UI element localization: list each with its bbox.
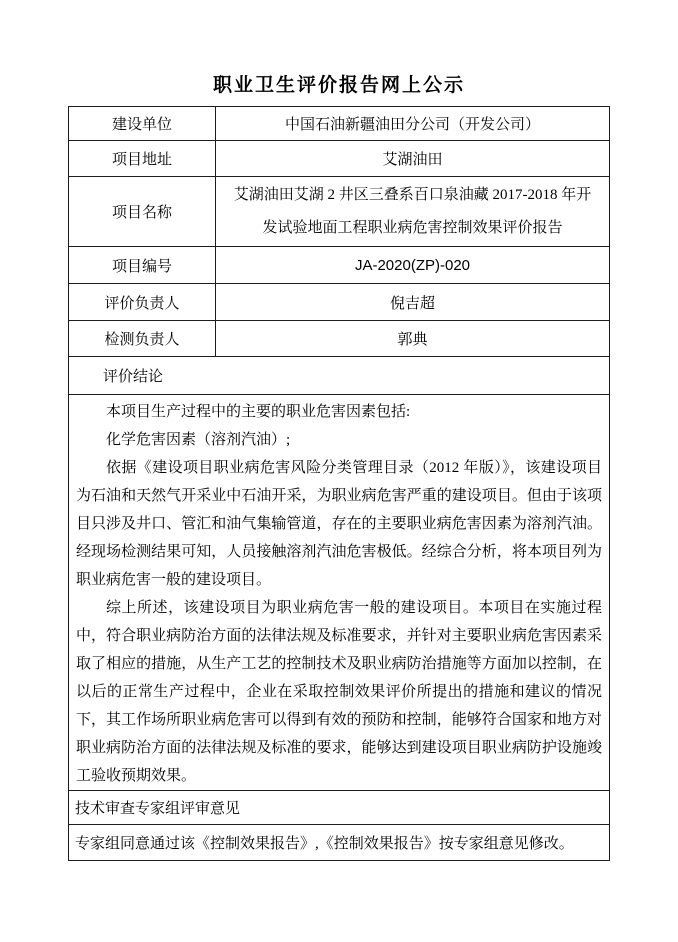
table-row-conclusion-body: 本项目生产过程中的主要的职业危害因素包括: 化学危害因素（溶剂汽油）; 依据《建… [69, 395, 610, 791]
conclusion-label: 评价结论 [69, 357, 610, 395]
table-row-project-number: 项目编号 JA-2020(ZP)-020 [69, 247, 610, 284]
review-label: 技术审查专家组评审意见 [69, 791, 610, 825]
table-row-project-address: 项目地址 艾湖油田 [69, 141, 610, 177]
table-row-project-name: 项目名称 艾湖油田艾湖 2 井区三叠系百口泉油藏 2017-2018 年开发试验… [69, 177, 610, 247]
project-name-label: 项目名称 [69, 177, 216, 247]
conclusion-paragraph-1: 本项目生产过程中的主要的职业危害因素包括: [76, 398, 602, 426]
page-title: 职业卫生评价报告网上公示 [0, 70, 678, 97]
review-opinion: 专家组同意通过该《控制效果报告》,《控制效果报告》按专家组意见修改。 [69, 825, 610, 861]
conclusion-paragraph-3: 依据《建设项目职业病危害风险分类管理目录（2012 年版）》，该建设项目为石油和… [76, 454, 602, 594]
project-address-label: 项目地址 [69, 141, 216, 177]
publicity-table: 建设单位 中国石油新疆油田分公司（开发公司） 项目地址 艾湖油田 项目名称 艾湖… [68, 106, 610, 861]
conclusion-body: 本项目生产过程中的主要的职业危害因素包括: 化学危害因素（溶剂汽油）; 依据《建… [69, 395, 610, 791]
table-row-construction-unit: 建设单位 中国石油新疆油田分公司（开发公司） [69, 107, 610, 141]
evaluation-leader-value: 倪吉超 [216, 284, 610, 321]
construction-unit-value: 中国石油新疆油田分公司（开发公司） [216, 107, 610, 141]
project-name-value: 艾湖油田艾湖 2 井区三叠系百口泉油藏 2017-2018 年开发试验地面工程职… [216, 177, 610, 247]
project-number-value: JA-2020(ZP)-020 [216, 247, 610, 284]
table-row-testing-leader: 检测负责人 郭典 [69, 321, 610, 357]
evaluation-leader-label: 评价负责人 [69, 284, 216, 321]
table-row-review-header: 技术审查专家组评审意见 [69, 791, 610, 825]
table-row-conclusion-header: 评价结论 [69, 357, 610, 395]
testing-leader-label: 检测负责人 [69, 321, 216, 357]
table-row-review-opinion: 专家组同意通过该《控制效果报告》,《控制效果报告》按专家组意见修改。 [69, 825, 610, 861]
project-number-label: 项目编号 [69, 247, 216, 284]
document-page: 职业卫生评价报告网上公示 建设单位 中国石油新疆油田分公司（开发公司） 项目地址… [0, 0, 678, 942]
testing-leader-value: 郭典 [216, 321, 610, 357]
table-row-evaluation-leader: 评价负责人 倪吉超 [69, 284, 610, 321]
construction-unit-label: 建设单位 [69, 107, 216, 141]
conclusion-paragraph-4: 综上所述，该建设项目为职业病危害一般的建设项目。本项目在实施过程中，符合职业病防… [76, 594, 602, 790]
project-address-value: 艾湖油田 [216, 141, 610, 177]
conclusion-paragraph-2: 化学危害因素（溶剂汽油）; [76, 426, 602, 454]
